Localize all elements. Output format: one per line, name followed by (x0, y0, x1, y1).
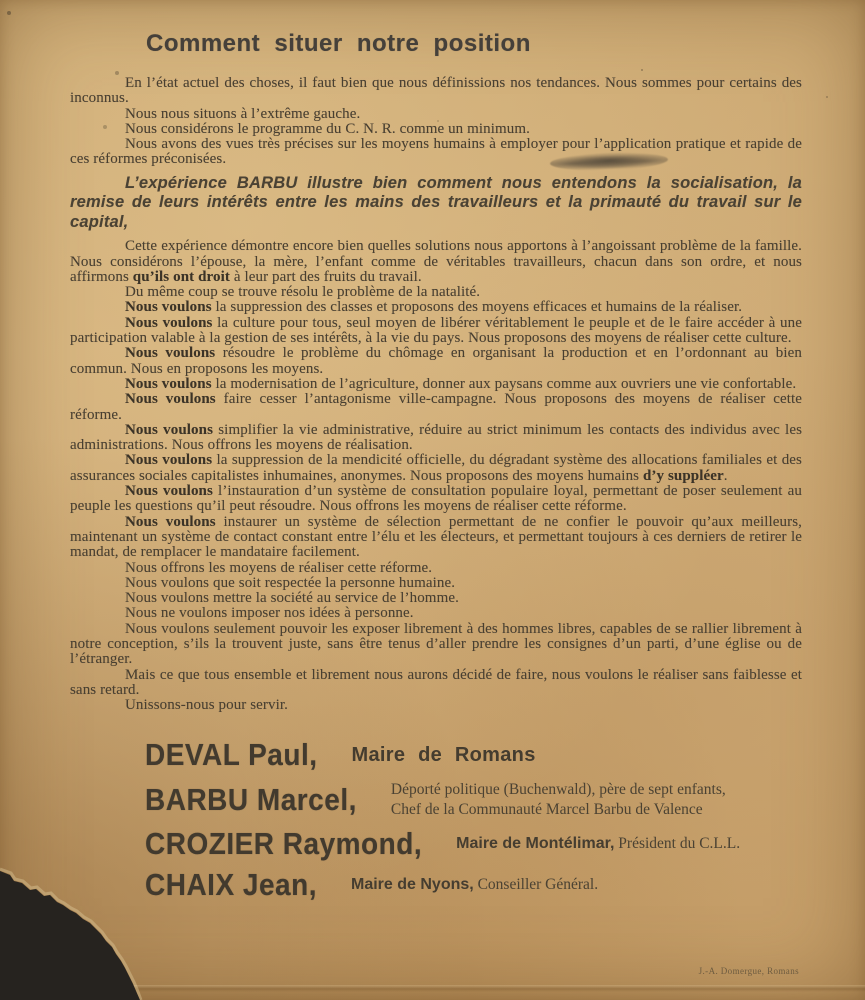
text-segment: Nous avons des vues très précises sur le… (70, 136, 802, 167)
torn-corner (0, 863, 152, 1000)
text-segment: Du même coup se trouve résolu le problèm… (125, 284, 480, 300)
signatory-role: Maire de Montélimar, (456, 835, 614, 852)
bold-segment: Nous voulons (125, 483, 213, 499)
body-paragraph: Nous voulons simplifier la vie administr… (70, 423, 802, 454)
signatory-name: CHAIX Jean, (145, 868, 317, 903)
body-paragraph: Du même coup se trouve résolu le problèm… (70, 285, 802, 300)
signatory-roles: Déporté politique (Buchenwald), père de … (391, 780, 726, 819)
bold-segment: Nous voulons (125, 514, 216, 530)
text-segment: . (724, 468, 728, 484)
body-paragraph: En l’état actuel des choses, il faut bie… (70, 76, 802, 107)
bold-segment: qu’ils ont droit (133, 269, 230, 285)
body-paragraph: Nous voulons résoudre le problème du chô… (70, 346, 802, 377)
signature-row: CROZIER Raymond,Maire de Montélimar, Pré… (145, 828, 802, 860)
bold-segment: Nous voulons (125, 391, 216, 407)
signature-row: BARBU Marcel,Déporté politique (Buchenwa… (145, 780, 802, 819)
body-paragraph: Nous voulons faire cesser l’antagonisme … (70, 392, 802, 423)
paragraph-list: En l’état actuel des choses, il faut bie… (70, 76, 802, 713)
body-paragraph: Nous ne voulons imposer nos idées à pers… (70, 606, 802, 621)
body-paragraph: Nous voulons la culture pour tous, seul … (70, 316, 802, 347)
body-paragraph: Nous voulons la suppression de la mendic… (70, 453, 802, 484)
paper-specks (0, 0, 2, 2)
text-segment: la suppression des classes et proposons … (212, 299, 742, 315)
text-segment: Nous considérons le programme du C. N. R… (125, 121, 530, 137)
body-paragraph: Nous avons des vues très précises sur le… (70, 137, 802, 168)
text-segment: L’expérience BARBU illustre bien comment… (70, 174, 802, 231)
bold-segment: Nous voulons (125, 315, 212, 331)
body-paragraph: Nous voulons mettre la société au servic… (70, 591, 802, 606)
text-segment: En l’état actuel des choses, il faut bie… (70, 75, 802, 106)
text-segment: Nous voulons mettre la société au servic… (125, 590, 459, 606)
signatory-name: CROZIER Raymond, (145, 827, 422, 862)
body-paragraph: Nous nous situons à l’extrême gauche. (70, 107, 802, 122)
body-paragraph: Cette expérience démontre encore bien qu… (70, 239, 802, 285)
body-paragraph: Nous voulons que soit respectée la perso… (70, 576, 802, 591)
text-segment: Mais ce que tous ensemble et librement n… (70, 667, 802, 698)
body-paragraph: Nous considérons le programme du C. N. R… (70, 122, 802, 137)
bold-segment: Nous voulons (125, 452, 212, 468)
text-segment: Nous voulons seulement pouvoir les expos… (70, 621, 802, 668)
bold-segment: Nous voulons (125, 422, 213, 438)
body-paragraph: Mais ce que tous ensemble et librement n… (70, 668, 802, 699)
signatory-roles: Maire de Montélimar, Président du C.L.L. (456, 835, 740, 853)
signatory-role: Conseiller Général. (474, 876, 598, 893)
signatory-role: Chef de la Communauté Marcel Barbu de Va… (391, 800, 726, 819)
bold-segment: d’y suppléer (643, 468, 724, 484)
body-paragraph: Unissons-nous pour servir. (70, 698, 802, 713)
body-paragraph: Nous voulons la modernisation de l’agric… (70, 377, 802, 392)
body-paragraph: Nous voulons instaurer un système de sél… (70, 515, 802, 561)
signature-list: DEVAL Paul,Maire de RomansBARBU Marcel,D… (145, 739, 802, 901)
body-paragraph: Nous voulons seulement pouvoir les expos… (70, 622, 802, 668)
signature-row: CHAIX Jean,Maire de Nyons, Conseiller Gé… (145, 869, 802, 901)
body-paragraph: Nous offrons les moyens de réaliser cett… (70, 561, 802, 576)
signatory-name: DEVAL Paul, (145, 738, 318, 773)
text-segment: Nous ne voulons imposer nos idées à pers… (125, 605, 414, 621)
document-title: Comment situer notre position (146, 30, 802, 58)
signatory-roles: Maire de Romans (352, 744, 536, 767)
text-segment: Unissons-nous pour servir. (125, 697, 288, 713)
signatory-role: Président du C.L.L. (614, 835, 740, 852)
document-content: Comment situer notre position En l’état … (70, 30, 802, 910)
text-segment: la modernisation de l’agriculture, donne… (212, 376, 797, 392)
signatory-roles: Maire de Nyons, Conseiller Général. (351, 876, 598, 894)
body-paragraph: Nous voulons l’instauration d’un système… (70, 484, 802, 515)
signatory-role: Maire de Romans (352, 744, 536, 766)
body-paragraph: Nous voulons la suppression des classes … (70, 300, 802, 315)
signatory-role: Maire de Nyons, (351, 876, 474, 893)
text-segment: Nous nous situons à l’extrême gauche. (125, 106, 360, 122)
bold-segment: Nous voulons (125, 376, 212, 392)
bold-segment: Nous voulons (125, 345, 215, 361)
signatory-name: BARBU Marcel, (145, 782, 357, 817)
signatory-role: Déporté politique (Buchenwald), père de … (391, 780, 726, 799)
text-segment: Nous voulons que soit respectée la perso… (125, 575, 455, 591)
bold-segment: Nous voulons (125, 299, 212, 315)
emphasis-paragraph: L’expérience BARBU illustre bien comment… (70, 174, 802, 233)
text-segment: à leur part des fruits du travail. (230, 269, 422, 285)
signature-row: DEVAL Paul,Maire de Romans (145, 739, 802, 771)
printer-mark: J.-A. Domergue, Romans (699, 966, 799, 976)
scanned-document-page: Comment situer notre position En l’état … (0, 0, 865, 1000)
text-segment: Nous offrons les moyens de réaliser cett… (125, 560, 432, 576)
